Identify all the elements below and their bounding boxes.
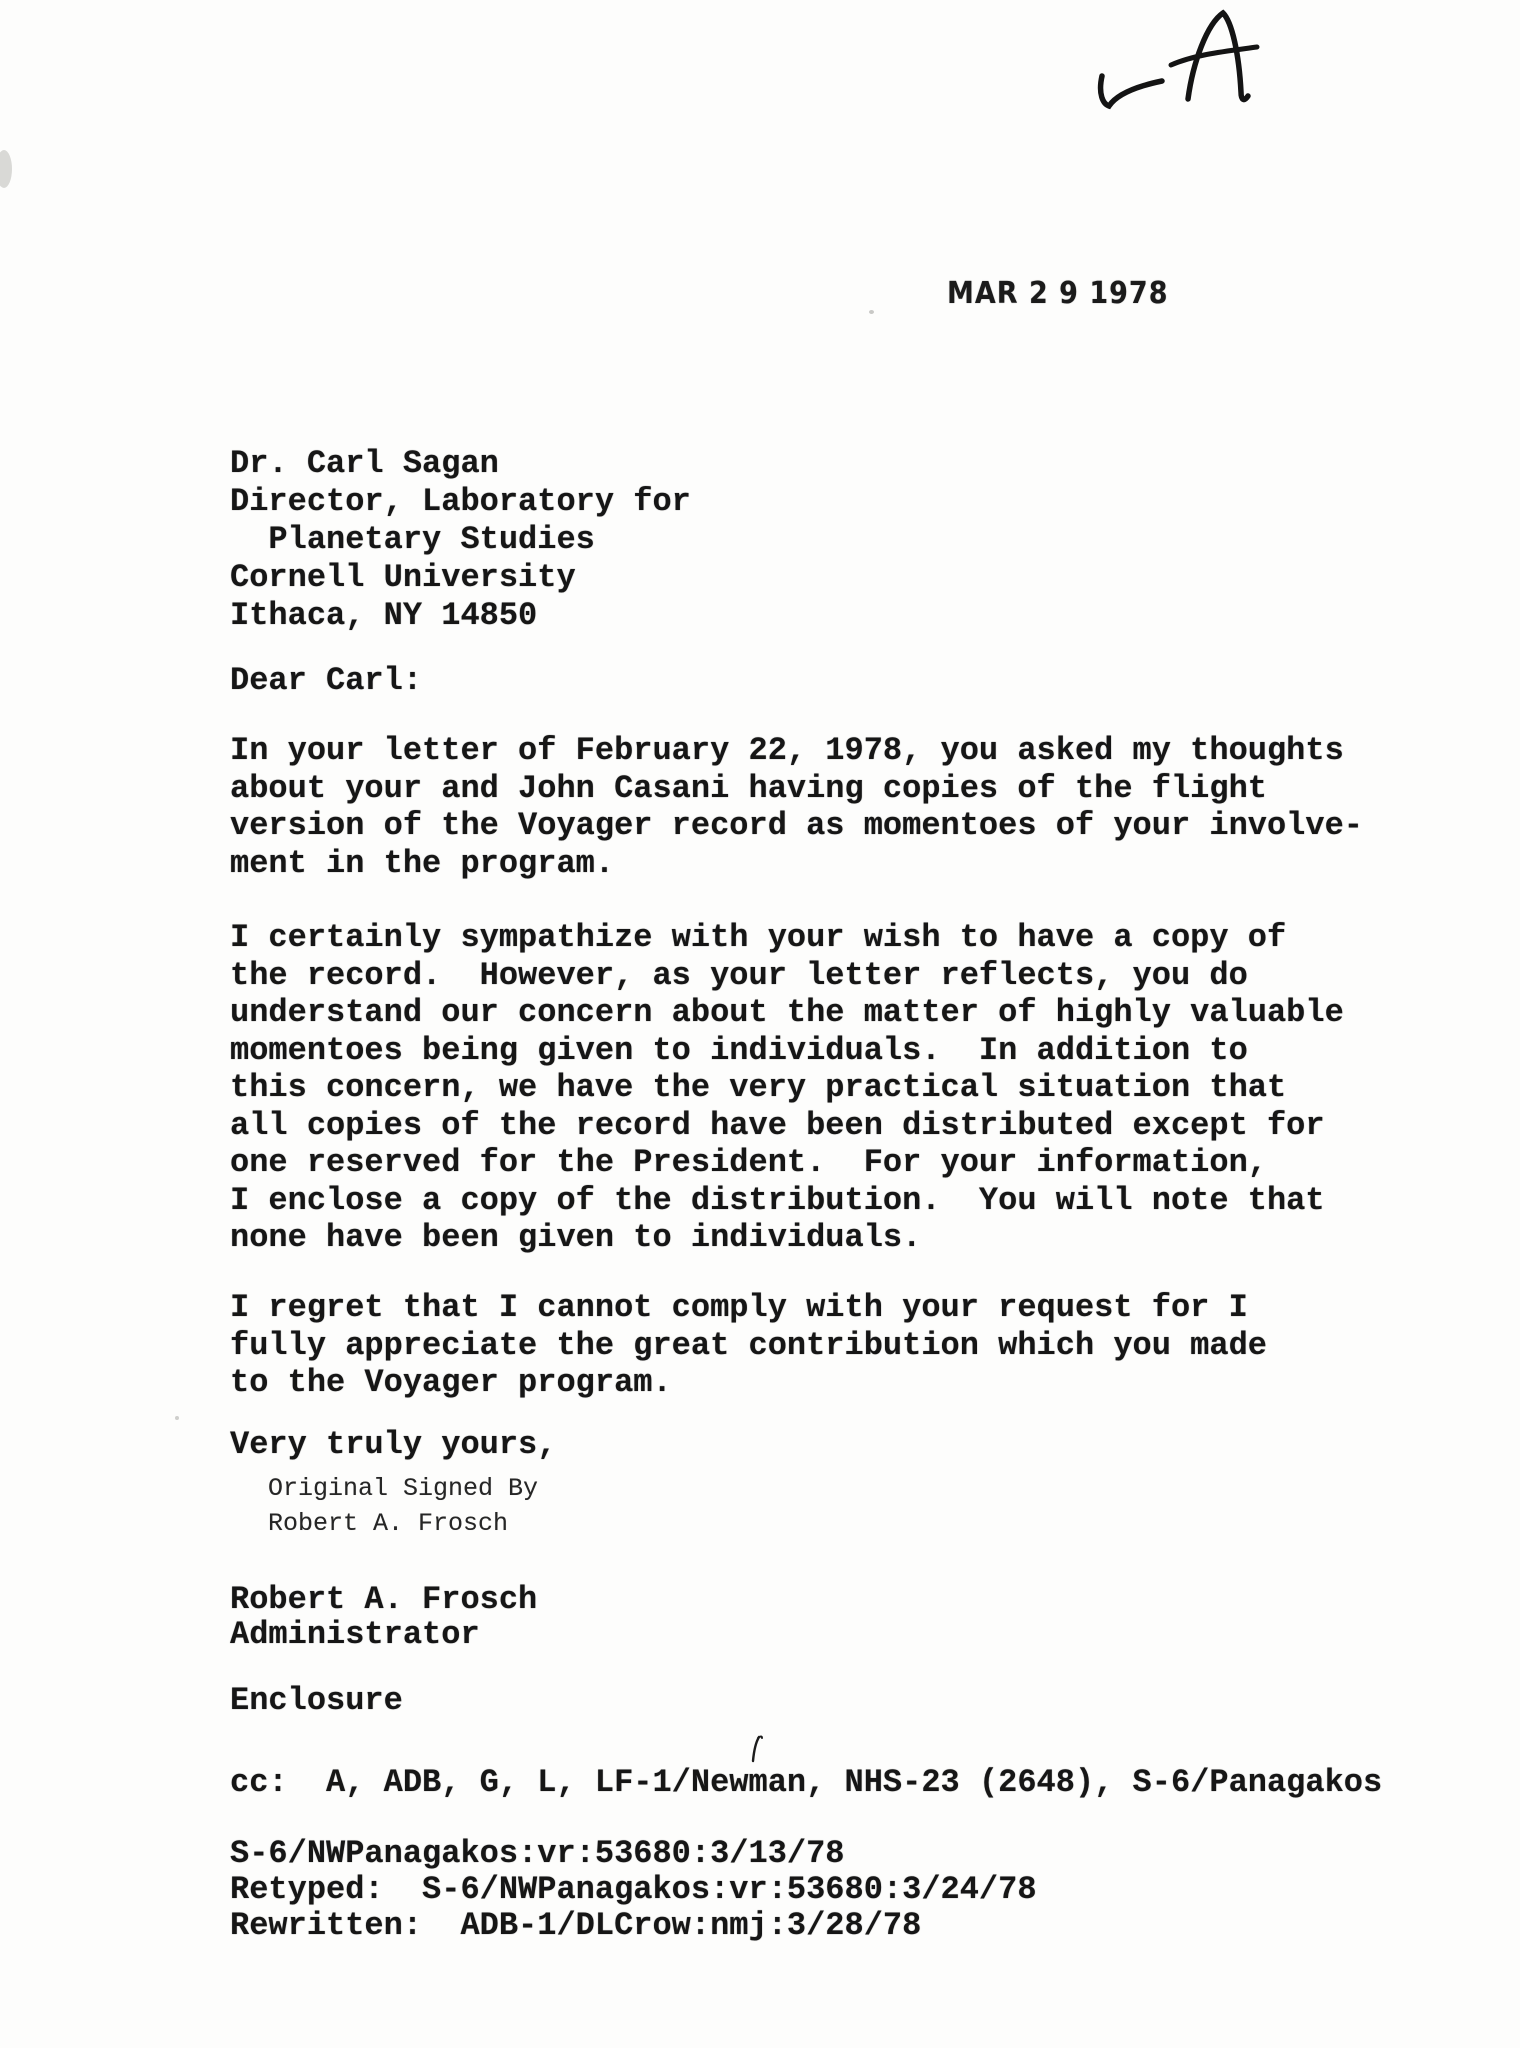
stray-pen-mark-icon: [748, 1734, 764, 1764]
signer-name: Robert A. Frosch: [230, 1581, 537, 1619]
recipient-address: Dr. Carl Sagan Director, Laboratory for …: [230, 445, 691, 635]
salutation: Dear Carl:: [230, 662, 422, 700]
enclosure-note: Enclosure: [230, 1682, 403, 1720]
reference-lines: S-6/NWPanagakos:vr:53680:3/13/78 Retyped…: [230, 1836, 1037, 1944]
letter-page: MAR 2 9 1978 Dr. Carl Sagan Director, La…: [0, 0, 1520, 2048]
signer-title: Administrator: [230, 1616, 480, 1654]
scan-artifact: [175, 1416, 179, 1420]
handwritten-check-and-initial-icon: [1078, 2, 1268, 120]
paragraph-1: In your letter of February 22, 1978, you…: [230, 732, 1363, 882]
initial-a-crossbar: [1171, 47, 1257, 65]
check-mark-icon: [1101, 76, 1162, 106]
paragraph-2: I certainly sympathize with your wish to…: [230, 919, 1344, 1257]
signature-stamp-block: Original Signed By Robert A. Frosch: [268, 1471, 538, 1541]
scan-artifact: [0, 150, 12, 188]
paragraph-3: I regret that I cannot comply with your …: [230, 1289, 1267, 1402]
date-stamp: MAR 2 9 1978: [947, 276, 1168, 311]
closing-line: Very truly yours,: [230, 1426, 556, 1464]
scan-artifact: [869, 310, 874, 314]
cc-line: cc: A, ADB, G, L, LF-1/Newman, NHS-23 (2…: [230, 1764, 1382, 1802]
